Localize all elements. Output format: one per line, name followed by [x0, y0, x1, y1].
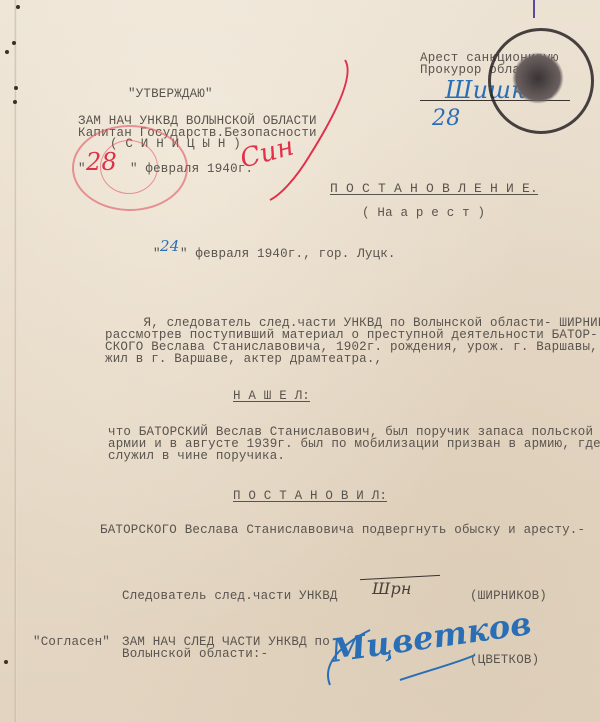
investigator-label: Следователь след.части УНКВД	[122, 590, 338, 603]
purple-mark	[533, 0, 535, 18]
punch-hole	[14, 86, 18, 90]
agreed-label: "Согласен"	[33, 636, 110, 649]
punch-hole	[16, 5, 20, 9]
resolved-heading: П О С Т А Н О В И Л:	[233, 490, 387, 503]
blue-signature-stroke	[310, 600, 490, 700]
document-title: П О С Т А Н О В Л Е Н И Е.	[330, 182, 538, 195]
black-seal-emblem	[512, 52, 564, 104]
found-line: служил в чине поручика.	[108, 450, 285, 463]
resolved-body: БАТОРСКОГО Веслава Станиславовича подвер…	[100, 524, 585, 537]
punch-hole	[13, 100, 17, 104]
deputy-region: Волынской области:-	[122, 648, 268, 661]
approval-heading: "УТВЕРЖДАЮ"	[128, 88, 213, 101]
punch-hole	[12, 41, 16, 45]
prosecutor-number: 28	[432, 108, 460, 130]
date-day-handwritten: 24	[160, 240, 180, 253]
page-fold	[14, 0, 17, 722]
punch-hole	[4, 660, 8, 664]
punch-hole	[5, 50, 9, 54]
date-place: " февраля 1940г., гор. Луцк.	[180, 248, 396, 261]
red-seal-inner	[100, 140, 158, 194]
document-subtitle: ( На а р е с т )	[362, 207, 485, 220]
intro-line: жил в г. Варшаве, актер драмтеатра.,	[105, 353, 382, 366]
investigator-signature: Шрн	[372, 582, 412, 595]
found-heading: Н А Ш Е Л:	[233, 390, 310, 403]
